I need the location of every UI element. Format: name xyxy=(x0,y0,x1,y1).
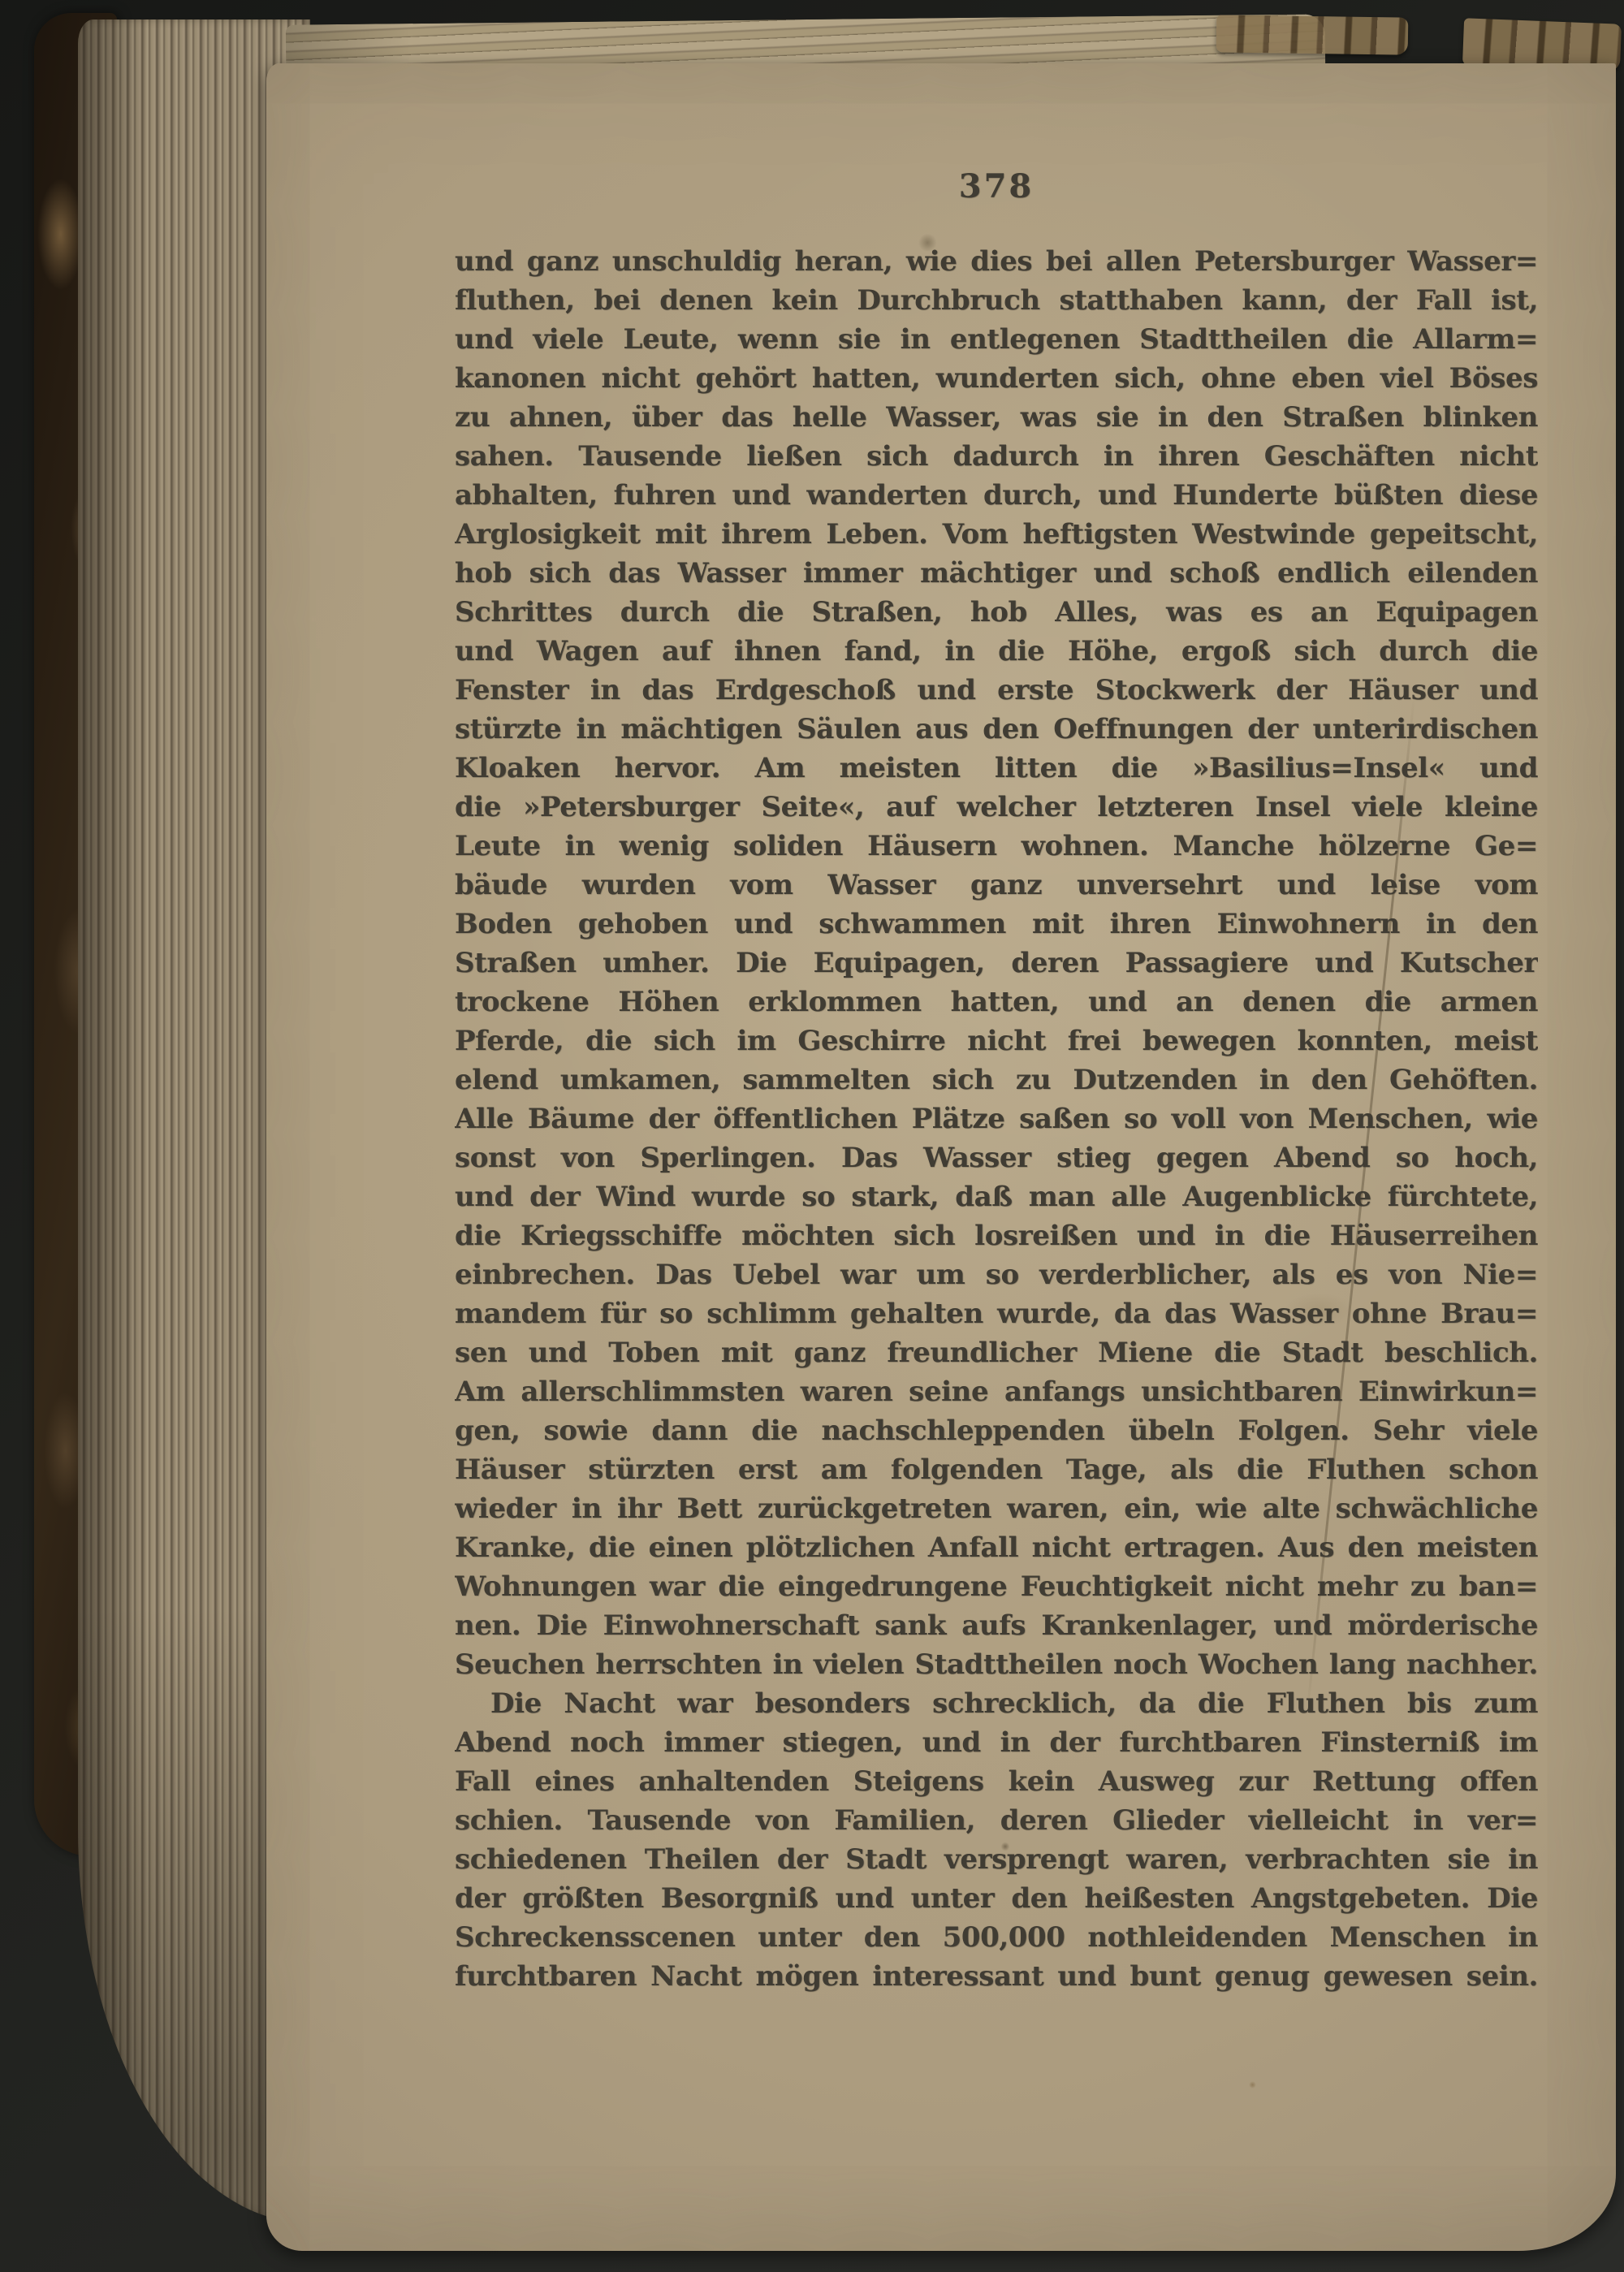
text-line: Kranke, die einen plötzlichen Anfall nic… xyxy=(455,1528,1538,1567)
text-line: Fall eines anhaltenden Steigens kein Aus… xyxy=(455,1762,1538,1801)
text-block: 378 und ganz unschuldig heran, wie dies … xyxy=(455,167,1538,1996)
text-line: Häuser stürzten erst am folgenden Tage, … xyxy=(455,1450,1538,1489)
text-line: Alle Bäume der öffentlichen Plätze saßen… xyxy=(455,1099,1538,1138)
text-line: Schrittes durch die Straßen, hob Alles, … xyxy=(455,593,1538,632)
page-number: 378 xyxy=(455,167,1538,206)
text-line: und viele Leute, wenn sie in entlegenen … xyxy=(455,320,1538,359)
text-line: schiedenen Theilen der Stadt versprengt … xyxy=(455,1840,1538,1879)
text-line: Straßen umher. Die Equipagen, deren Pass… xyxy=(455,944,1538,983)
text-line: gen, sowie dann die nachschleppenden übe… xyxy=(455,1411,1538,1450)
text-line: zu ahnen, über das helle Wasser, was sie… xyxy=(455,398,1538,437)
text-line: sonst von Sperlingen. Das Wasser stieg g… xyxy=(455,1138,1538,1177)
text-line: abhalten, fuhren und wanderten durch, un… xyxy=(455,476,1538,515)
text-line: kanonen nicht gehört hatten, wunderten s… xyxy=(455,359,1538,398)
text-line: und ganz unschuldig heran, wie dies bei … xyxy=(455,242,1538,281)
text-line: sahen. Tausende ließen sich dadurch in i… xyxy=(455,437,1538,476)
text-line: Kloaken hervor. Am meisten litten die »B… xyxy=(455,749,1538,788)
body-text: und ganz unschuldig heran, wie dies bei … xyxy=(455,242,1538,1996)
text-line: Wohnungen war die eingedrungene Feuchtig… xyxy=(455,1567,1538,1606)
text-line: furchtbaren Nacht mögen interessant und … xyxy=(455,1957,1538,1996)
text-line: schien. Tausende von Familien, deren Gli… xyxy=(455,1801,1538,1840)
text-line: Fenster in das Erdgeschoß und erste Stoc… xyxy=(455,671,1538,710)
text-line: fluthen, bei denen kein Durchbruch statt… xyxy=(455,281,1538,320)
text-line: einbrechen. Das Uebel war um so verderbl… xyxy=(455,1255,1538,1294)
text-line: trockene Höhen erklommen hatten, und an … xyxy=(455,983,1538,1022)
text-line: stürzte in mächtigen Säulen aus den Oeff… xyxy=(455,710,1538,749)
book-page: 378 und ganz unschuldig heran, wie dies … xyxy=(266,63,1616,2251)
text-line: Abend noch immer stiegen, und in der fur… xyxy=(455,1723,1538,1762)
text-line: die Kriegsschiffe möchten sich losreißen… xyxy=(455,1216,1538,1255)
text-line: Schreckensscenen unter den 500,000 nothl… xyxy=(455,1918,1538,1957)
text-line: Am allerschlimmsten waren seine anfangs … xyxy=(455,1372,1538,1411)
text-line: und der Wind wurde so stark, daß man all… xyxy=(455,1177,1538,1216)
text-line: und Wagen auf ihnen fand, in die Höhe, e… xyxy=(455,632,1538,671)
text-line: Leute in wenig soliden Häusern wohnen. M… xyxy=(455,827,1538,866)
text-line: der größten Besorgniß und unter den heiß… xyxy=(455,1879,1538,1918)
text-line: Pferde, die sich im Geschirre nicht frei… xyxy=(455,1022,1538,1060)
text-line: Seuchen herrschten in vielen Stadttheile… xyxy=(455,1645,1538,1684)
text-line: Arglosigkeit mit ihrem Leben. Vom heftig… xyxy=(455,515,1538,554)
paper-stain xyxy=(1249,2081,1256,2088)
text-line: Boden gehoben und schwammen mit ihren Ei… xyxy=(455,905,1538,944)
text-line: sen und Toben mit ganz freundlicher Mien… xyxy=(455,1333,1538,1372)
text-line: bäude wurden vom Wasser ganz unversehrt … xyxy=(455,866,1538,905)
book-photo: 378 und ganz unschuldig heran, wie dies … xyxy=(0,0,1624,2272)
text-line: Die Nacht war besonders schrecklich, da … xyxy=(455,1684,1538,1723)
text-line: elend umkamen, sammelten sich zu Dutzend… xyxy=(455,1060,1538,1099)
binding-remnant xyxy=(1216,15,1409,54)
text-line: wieder in ihr Bett zurückgetreten waren,… xyxy=(455,1489,1538,1528)
text-line: nen. Die Einwohnerschaft sank aufs Krank… xyxy=(455,1606,1538,1645)
text-line: mandem für so schlimm gehalten wurde, da… xyxy=(455,1294,1538,1333)
text-line: die »Petersburger Seite«, auf welcher le… xyxy=(455,788,1538,827)
text-line: hob sich das Wasser immer mächtiger und … xyxy=(455,554,1538,593)
